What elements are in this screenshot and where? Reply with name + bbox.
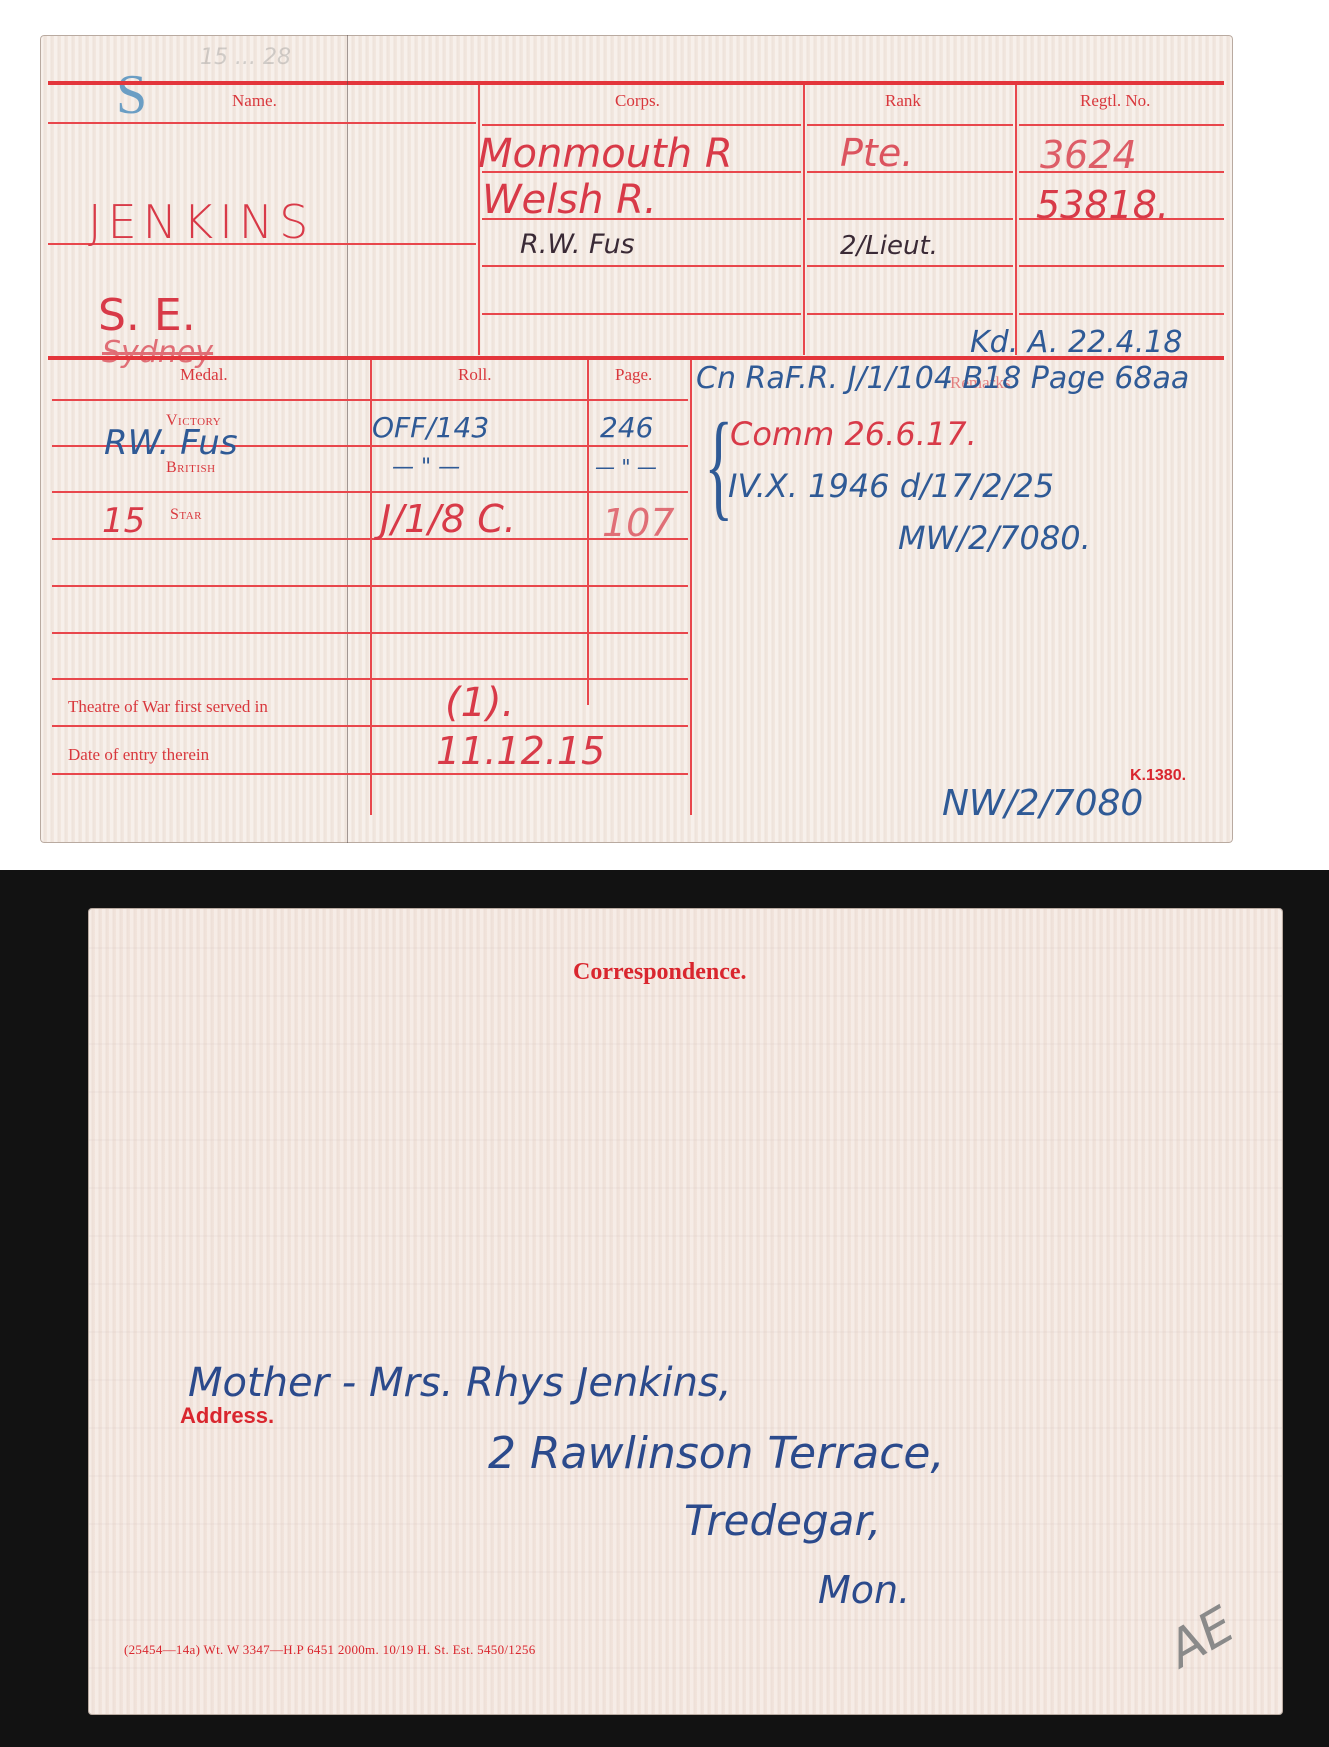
rank-rule-1 [807,124,1013,126]
address-line-2: 2 Rawlinson Terrace, [488,1428,944,1479]
scan-fold-line [347,35,348,843]
medal-header: Medal. [180,365,228,385]
corps-rule-1 [482,124,801,126]
surname: JENKINS [88,195,314,249]
medal-index-card-front: S 15 ... 28 Name. Corps. Rank Regtl. No.… [40,35,1233,843]
medal-rule-5 [52,585,688,587]
remarks-brace: { [704,405,733,525]
medal-rule-4 [52,538,688,540]
address-line-1: Mother - Mrs. Rhys Jenkins, [188,1360,731,1406]
rank-left-border [803,85,805,355]
corps-header: Corps. [615,91,660,111]
regtl-left-border [1015,85,1017,355]
name-header: Name. [232,91,277,111]
regtl-number-2: 53818. [1036,183,1169,227]
page-entry-victory: 246 [600,411,653,444]
remarks-line-1: Cn RaF.R. J/1/104 B18 Page 68aa [696,361,1189,396]
corps-entry-3: R.W. Fus [520,229,635,260]
page-left-border [587,360,589,705]
pencil-initials: AE [1158,1595,1244,1678]
page-entry-star: 107 [602,501,675,545]
printer-imprint: (25454—14a) Wt. W 3347—H.P 6451 2000m. 1… [124,1642,536,1658]
medal-rule-7 [52,678,688,680]
remarks-line-4: MW/2/7080. [898,519,1091,557]
middle-heavy-rule [48,356,1224,360]
rank-rule-4 [807,265,1013,267]
regtl-no-header: Regtl. No. [1080,91,1150,111]
top-heavy-rule [48,81,1224,85]
star-prefix-15: 15 [102,501,145,541]
killed-in-action-note: Kd. A. 22.4.18 [970,325,1182,360]
rank-header: Rank [885,91,921,111]
address-line-3: Tredegar, [684,1496,881,1545]
blue-corner-mark: S [116,63,147,127]
pencil-faint-mark: 15 ... 28 [200,45,291,70]
remarks-line-2: Comm 26.6.17. [730,415,977,453]
roll-header: Roll. [458,365,492,385]
address-label: Address. [180,1403,274,1429]
roll-entry-star: J/1/8 C. [380,497,516,541]
medal-index-card-back: Correspondence. Address. Mother - Mrs. R… [88,908,1283,1715]
roll-entry-british: — " — [392,455,460,480]
remarks-line-3: IV.X. 1946 d/17/2/25 [728,467,1054,505]
corps-rule-5 [482,313,801,315]
medal-star-label: Star [170,506,202,524]
correspondence-title: Correspondence. [573,959,747,986]
corps-left-border [478,85,480,355]
page-entry-british: — " — [595,455,657,479]
roll-entry-victory: OFF/143 [372,411,489,444]
regtl-rule-1 [1019,124,1224,126]
rank-entry-1: Pte. [840,131,913,175]
regtl-rule-5 [1019,313,1224,315]
theatre-value: (1). [445,680,514,726]
date-entry-label: Date of entry therein [68,745,209,765]
medal-rule-8 [52,725,688,727]
date-entry-value: 11.12.15 [436,729,605,773]
corps-entry-1: Monmouth R [478,131,733,177]
rank-entry-3: 2/Lieut. [840,231,938,261]
regtl-number-1: 3624 [1040,133,1137,177]
medal-rule-3 [52,491,688,493]
corps-rule-4 [482,265,801,267]
regtl-rule-4 [1019,265,1224,267]
remarks-left-border [690,360,692,815]
medal-rule-6 [52,632,688,634]
corps-entry-2: Welsh R. [482,177,657,223]
address-line-4: Mon. [818,1568,910,1612]
medal-unit-note: RW. Fus [104,423,238,463]
rank-rule-5 [807,313,1013,315]
bottom-reference: NW/2/7080 [942,783,1143,824]
medal-rule-9 [52,773,688,775]
theatre-label: Theatre of War first served in [68,697,268,717]
rank-rule-3 [807,218,1013,220]
medal-rule-1 [52,399,688,401]
name-rule-1 [48,122,476,124]
page-header: Page. [615,365,652,385]
initials: S. E. [98,290,196,341]
